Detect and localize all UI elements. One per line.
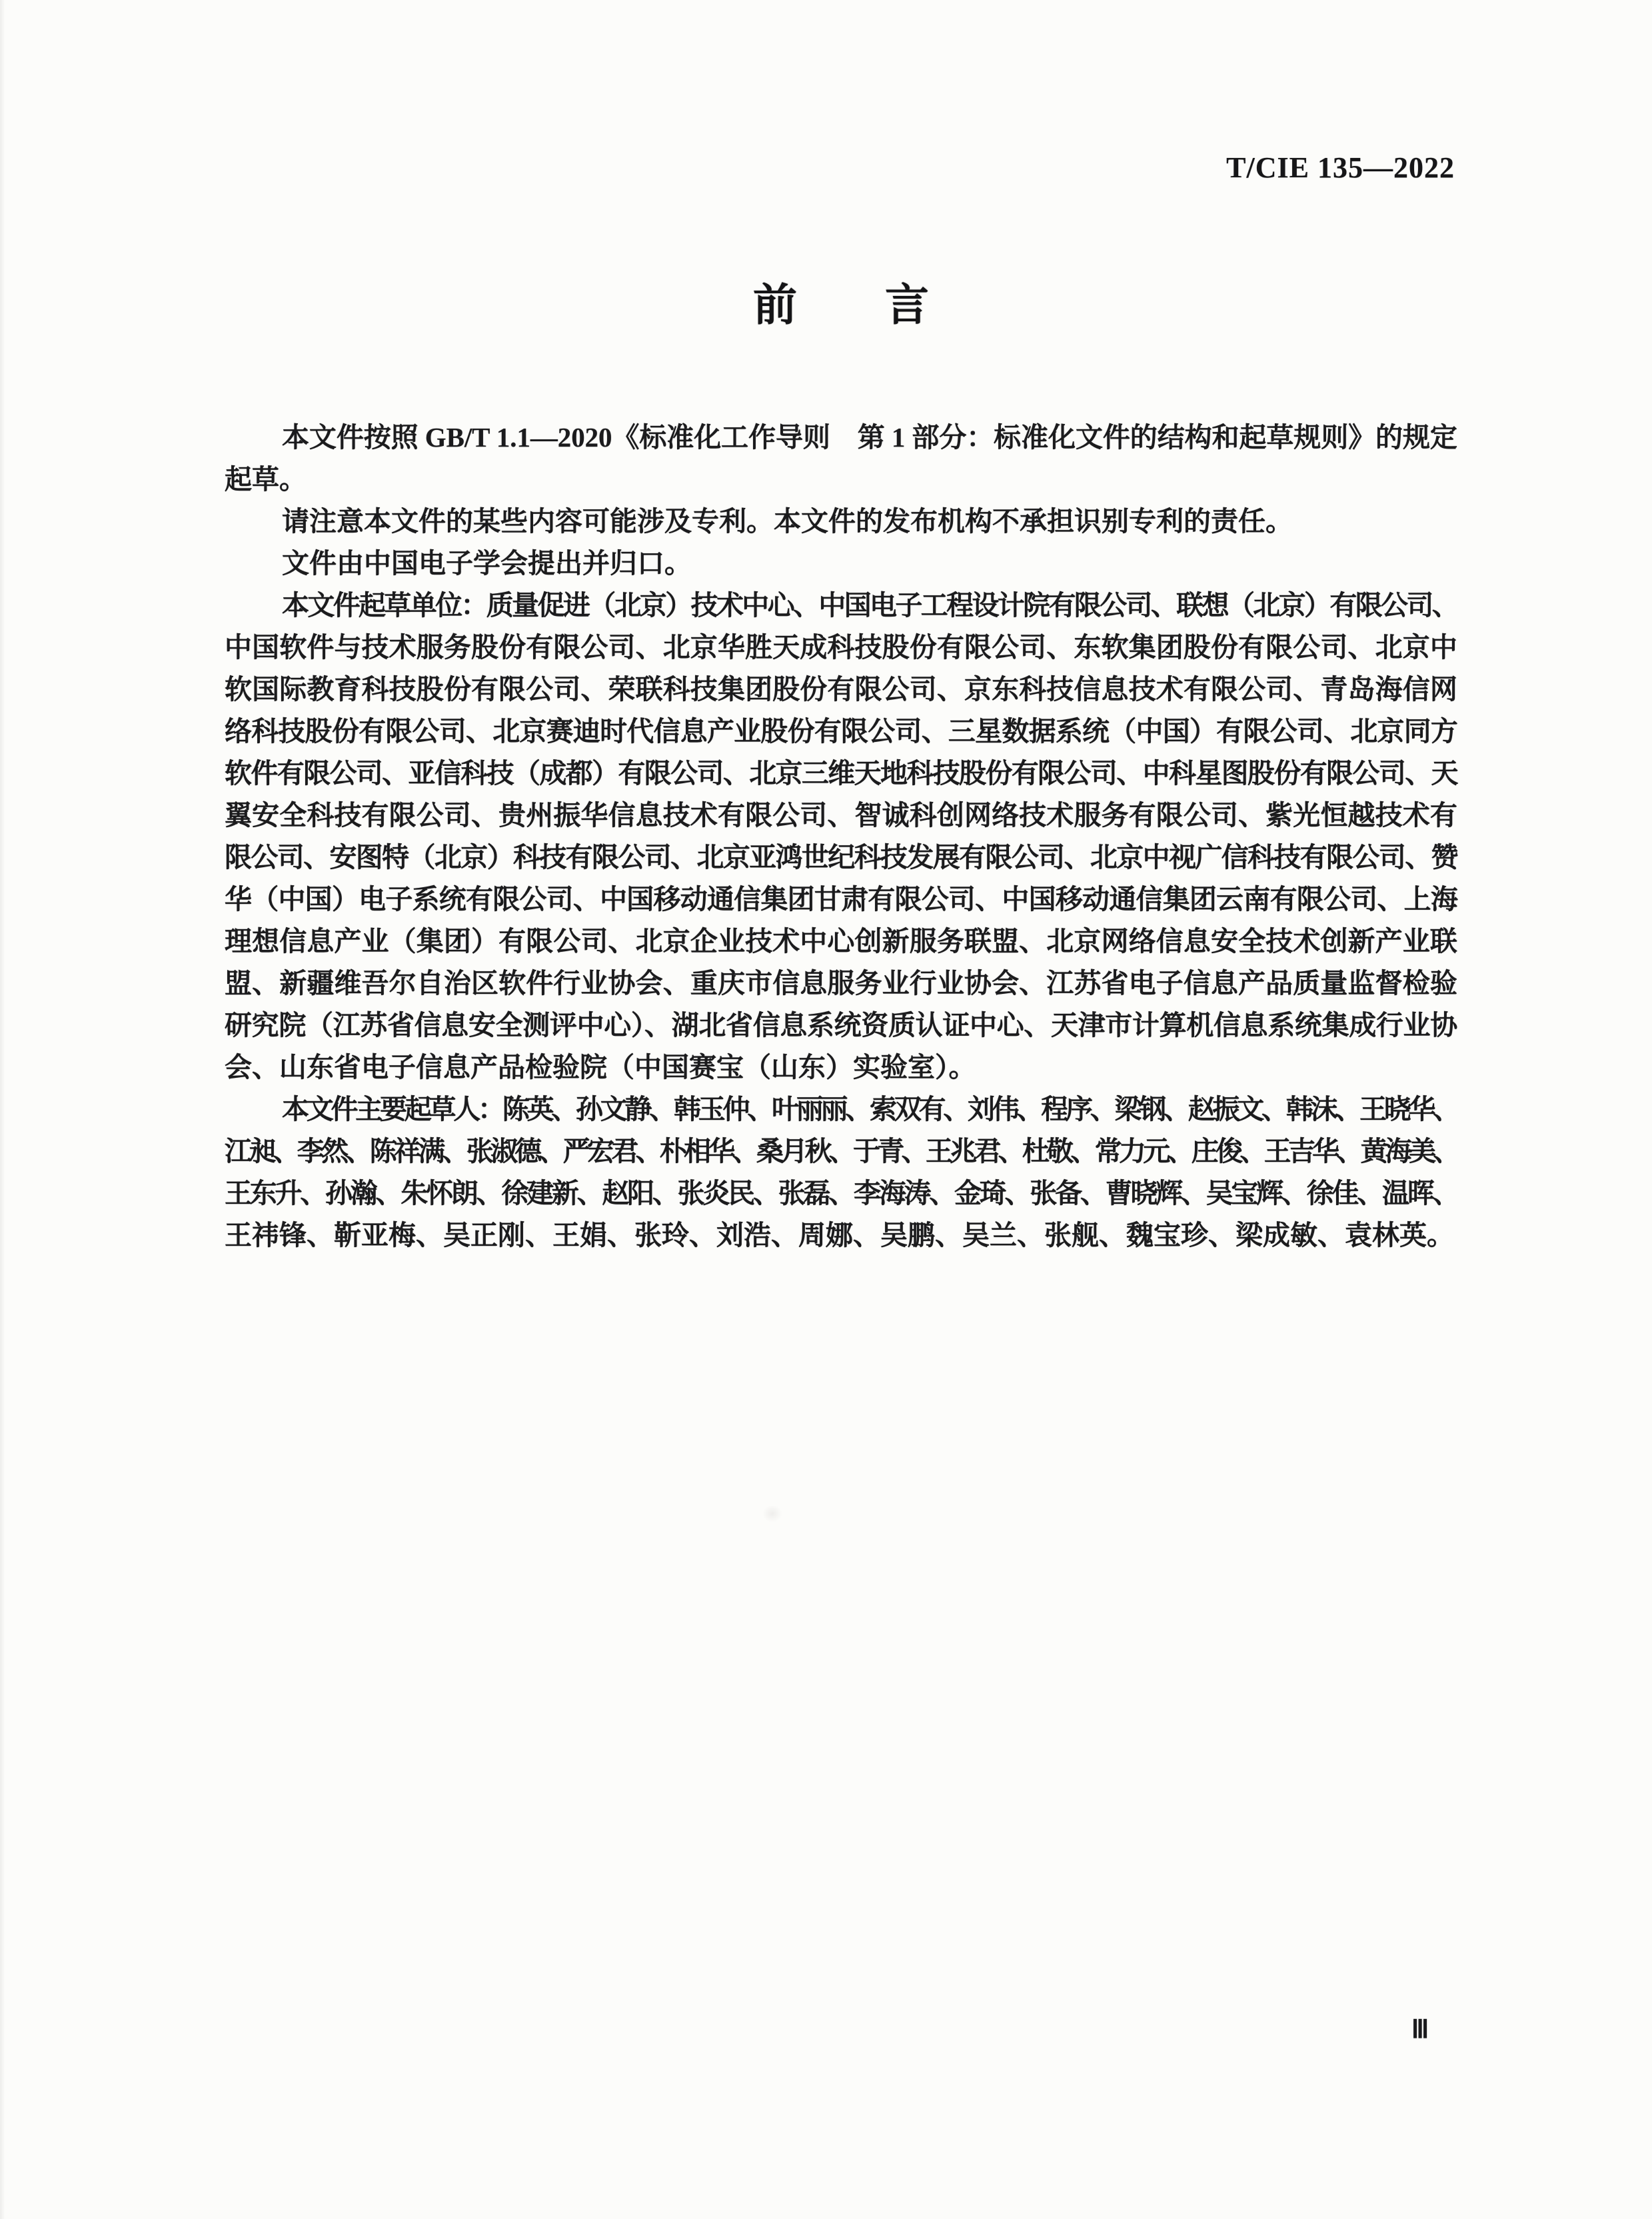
foreword-line-text: 限公司、安图特（北京）科技有限公司、北京亚鸿世纪科技发展有限公司、北京中视广信科… bbox=[225, 835, 1457, 875]
foreword-line: 文件由中国电子学会提出并归口。 bbox=[225, 540, 1457, 582]
foreword-line-text: 本文件起草单位：质量促进（北京）技术中心、中国电子工程设计院有限公司、联想（北京… bbox=[282, 583, 1457, 623]
foreword-line-text: 王东升、孙瀚、朱怀朗、徐建新、赵阳、张炎民、张磊、李海涛、金琦、张备、曹晓辉、吴… bbox=[225, 1171, 1457, 1210]
foreword-line: 王祎锋、靳亚梅、吴正刚、王娟、张玲、刘浩、周娜、吴鹏、吴兰、张舰、魏宝珍、梁成敏… bbox=[225, 1212, 1457, 1254]
foreword-line-text: 中国软件与技术服务股份有限公司、北京华胜天成科技股份有限公司、东软集团股份有限公… bbox=[225, 625, 1457, 665]
foreword-line: 翼安全科技有限公司、贵州振华信息技术有限公司、智诚科创网络技术服务有限公司、紫光… bbox=[225, 792, 1457, 834]
foreword-line: 本文件主要起草人：陈英、孙文静、韩玉仲、叶丽丽、索双有、刘伟、程序、梁钢、赵振文… bbox=[225, 1086, 1457, 1128]
foreword-text-block: 本文件按照 GB/T 1.1—2020《标准化工作导则 第 1 部分：标准化文件… bbox=[225, 414, 1457, 1254]
foreword-line-text: 会、山东省电子信息产品检验院（中国赛宝（山东）实验室）。 bbox=[225, 1045, 976, 1085]
foreword-line: 华（中国）电子系统有限公司、中国移动通信集团甘肃有限公司、中国移动通信集团云南有… bbox=[225, 876, 1457, 918]
foreword-title: 前 言 bbox=[225, 269, 1457, 333]
foreword-line: 理想信息产业（集团）有限公司、北京企业技术中心创新服务联盟、北京网络信息安全技术… bbox=[225, 918, 1457, 960]
foreword-line: 软国际教育科技股份有限公司、荣联科技集团股份有限公司、京东科技信息技术有限公司、… bbox=[225, 666, 1457, 708]
foreword-line: 研究院（江苏省信息安全测评中心）、湖北省信息系统资质认证中心、天津市计算机信息系… bbox=[225, 1002, 1457, 1044]
foreword-line-text: 请注意本文件的某些内容可能涉及专利。本文件的发布机构不承担识别专利的责任。 bbox=[282, 499, 1293, 539]
foreword-line-text: 理想信息产业（集团）有限公司、北京企业技术中心创新服务联盟、北京网络信息安全技术… bbox=[225, 919, 1457, 959]
foreword-line-text: 软国际教育科技股份有限公司、荣联科技集团股份有限公司、京东科技信息技术有限公司、… bbox=[225, 667, 1457, 707]
foreword-line: 盟、新疆维吾尔自治区软件行业协会、重庆市信息服务业行业协会、江苏省电子信息产品质… bbox=[225, 960, 1457, 1002]
foreword-line: 起草。 bbox=[225, 456, 1457, 498]
foreword-line: 会、山东省电子信息产品检验院（中国赛宝（山东）实验室）。 bbox=[225, 1044, 1457, 1086]
foreword-line: 本文件起草单位：质量促进（北京）技术中心、中国电子工程设计院有限公司、联想（北京… bbox=[225, 582, 1457, 624]
foreword-line: 软件有限公司、亚信科技（成都）有限公司、北京三维天地科技股份有限公司、中科星图股… bbox=[225, 750, 1457, 792]
foreword-line-text: 文件由中国电子学会提出并归口。 bbox=[282, 541, 692, 581]
foreword-line-text: 王祎锋、靳亚梅、吴正刚、王娟、张玲、刘浩、周娜、吴鹏、吴兰、张舰、魏宝珍、梁成敏… bbox=[225, 1213, 1454, 1252]
foreword-line-text: 翼安全科技有限公司、贵州振华信息技术有限公司、智诚科创网络技术服务有限公司、紫光… bbox=[225, 793, 1457, 833]
foreword-line: 中国软件与技术服务股份有限公司、北京华胜天成科技股份有限公司、东软集团股份有限公… bbox=[225, 624, 1457, 666]
foreword-line-text: 江昶、李然、陈祥满、张淑德、严宏君、朴相华、桑月秋、于青、王兆君、杜敬、常力元、… bbox=[225, 1129, 1457, 1168]
foreword-line-text: 华（中国）电子系统有限公司、中国移动通信集团甘肃有限公司、中国移动通信集团云南有… bbox=[225, 877, 1457, 917]
foreword-line: 王东升、孙瀚、朱怀朗、徐建新、赵阳、张炎民、张磊、李海涛、金琦、张备、曹晓辉、吴… bbox=[225, 1170, 1457, 1212]
foreword-line-text: 本文件主要起草人：陈英、孙文静、韩玉仲、叶丽丽、索双有、刘伟、程序、梁钢、赵振文… bbox=[282, 1087, 1457, 1126]
foreword-line-text: 盟、新疆维吾尔自治区软件行业协会、重庆市信息服务业行业协会、江苏省电子信息产品质… bbox=[225, 961, 1457, 1001]
foreword-line-text: 研究院（江苏省信息安全测评中心）、湖北省信息系统资质认证中心、天津市计算机信息系… bbox=[225, 1003, 1457, 1043]
scan-smudge-artifact bbox=[762, 1505, 782, 1522]
foreword-line-text: 络科技股份有限公司、北京赛迪时代信息产业股份有限公司、三星数据系统（中国）有限公… bbox=[225, 709, 1457, 749]
scan-edge-shadow bbox=[0, 0, 5, 2219]
foreword-line: 络科技股份有限公司、北京赛迪时代信息产业股份有限公司、三星数据系统（中国）有限公… bbox=[225, 708, 1457, 750]
standard-code: T/CIE 135—2022 bbox=[1226, 151, 1455, 185]
foreword-line-text: 软件有限公司、亚信科技（成都）有限公司、北京三维天地科技股份有限公司、中科星图股… bbox=[225, 751, 1457, 791]
document-page: T/CIE 135—2022 前 言 本文件按照 GB/T 1.1—2020《标… bbox=[0, 0, 1652, 2219]
foreword-line: 限公司、安图特（北京）科技有限公司、北京亚鸿世纪科技发展有限公司、北京中视广信科… bbox=[225, 834, 1457, 876]
foreword-line-text: 起草。 bbox=[225, 457, 307, 497]
foreword-line-text: 本文件按照 GB/T 1.1—2020《标准化工作导则 第 1 部分：标准化文件… bbox=[282, 415, 1457, 455]
page-number: Ⅲ bbox=[1411, 2014, 1429, 2044]
foreword-line: 江昶、李然、陈祥满、张淑德、严宏君、朴相华、桑月秋、于青、王兆君、杜敬、常力元、… bbox=[225, 1128, 1457, 1170]
foreword-line: 本文件按照 GB/T 1.1—2020《标准化工作导则 第 1 部分：标准化文件… bbox=[225, 414, 1457, 456]
foreword-line: 请注意本文件的某些内容可能涉及专利。本文件的发布机构不承担识别专利的责任。 bbox=[225, 498, 1457, 540]
